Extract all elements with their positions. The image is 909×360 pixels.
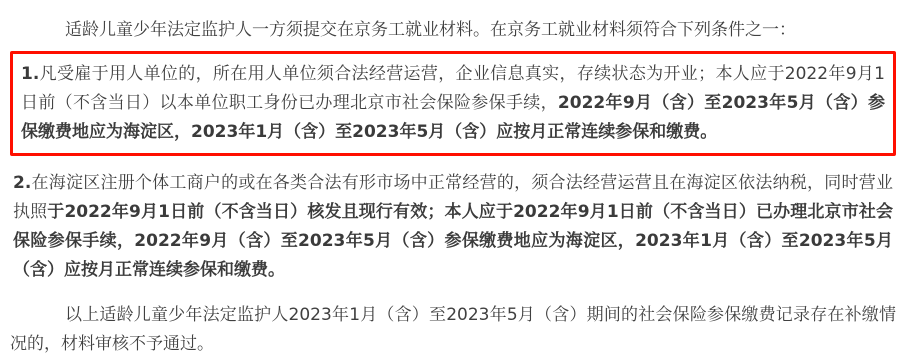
note-paragraph: 以上适龄儿童少年法定监护人2023年1月（含）至2023年5月（含）期间的社会保… xyxy=(10,301,896,359)
condition-1-number: 1. xyxy=(21,64,39,84)
intro-paragraph: 适龄儿童少年法定监护人一方须提交在京务工就业材料。在京务工就业材料须符合下列条件… xyxy=(10,16,896,45)
document-page: 适龄儿童少年法定监护人一方须提交在京务工就业材料。在京务工就业材料须符合下列条件… xyxy=(0,0,909,360)
condition-2-bold-text: 于2022年9月1日前（不含当日）核发且现行有效；本人应于2022年9月1日前（… xyxy=(13,202,893,280)
condition-2-number: 2. xyxy=(13,173,31,193)
highlight-box: 1.凡受雇于用人单位的，所在用人单位须合法经营运营，企业信息真实，存续状态为开业… xyxy=(10,51,896,156)
condition-1-paragraph: 1.凡受雇于用人单位的，所在用人单位须合法经营运营，企业信息真实，存续状态为开业… xyxy=(21,60,885,147)
condition-2-paragraph: 2.在海淀区注册个体工商户的或在各类合法有形市场中正常经营的，须合法经营运营且在… xyxy=(10,169,896,285)
